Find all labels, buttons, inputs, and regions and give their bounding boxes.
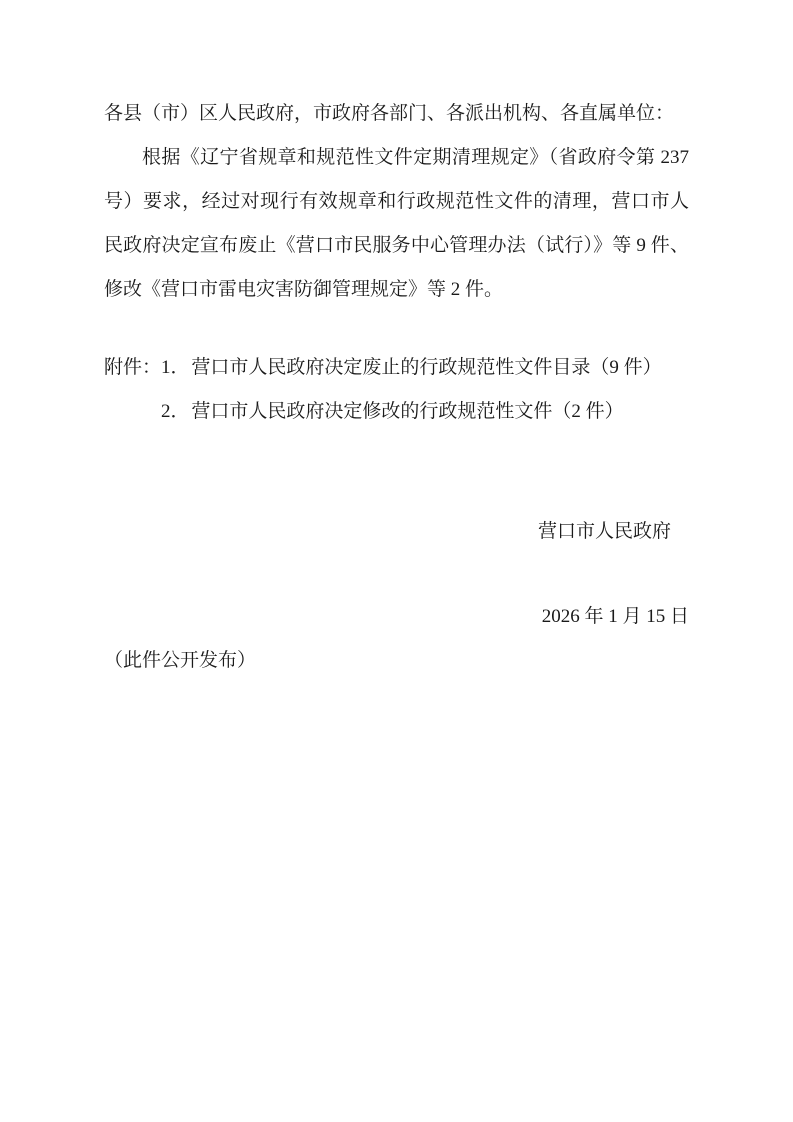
attachment-title: 营口市人民政府决定废止的行政规范性文件目录（9 件）	[191, 357, 661, 378]
attachment-number: 2．	[161, 390, 191, 434]
issuer-signature: 营口市人民政府	[104, 510, 689, 554]
publish-note: （此件公开发布）	[104, 639, 689, 683]
attachments-list: 1．营口市人民政府决定废止的行政规范性文件目录（9 件） 2．营口市人民政府决定…	[161, 346, 689, 434]
body-paragraph: 根据《辽宁省规章和规范性文件定期清理规定》（省政府令第 237 号）要求，经过对…	[104, 136, 689, 312]
attachment-title: 营口市人民政府决定修改的行政规范性文件（2 件）	[191, 401, 623, 422]
attachment-item: 2．营口市人民政府决定修改的行政规范性文件（2 件）	[161, 390, 689, 434]
salutation-line: 各县（市）区人民政府，市政府各部门、各派出机构、各直属单位：	[104, 92, 689, 136]
document-page: 各县（市）区人民政府，市政府各部门、各派出机构、各直属单位： 根据《辽宁省规章和…	[0, 0, 793, 1122]
attachment-number: 1．	[161, 346, 191, 390]
attachments-block: 附件： 1．营口市人民政府决定废止的行政规范性文件目录（9 件） 2．营口市人民…	[104, 346, 689, 434]
attachment-item: 1．营口市人民政府决定废止的行政规范性文件目录（9 件）	[161, 346, 689, 390]
attachments-label: 附件：	[104, 346, 161, 434]
issue-date: 2026 年 1 月 15 日	[104, 595, 689, 639]
